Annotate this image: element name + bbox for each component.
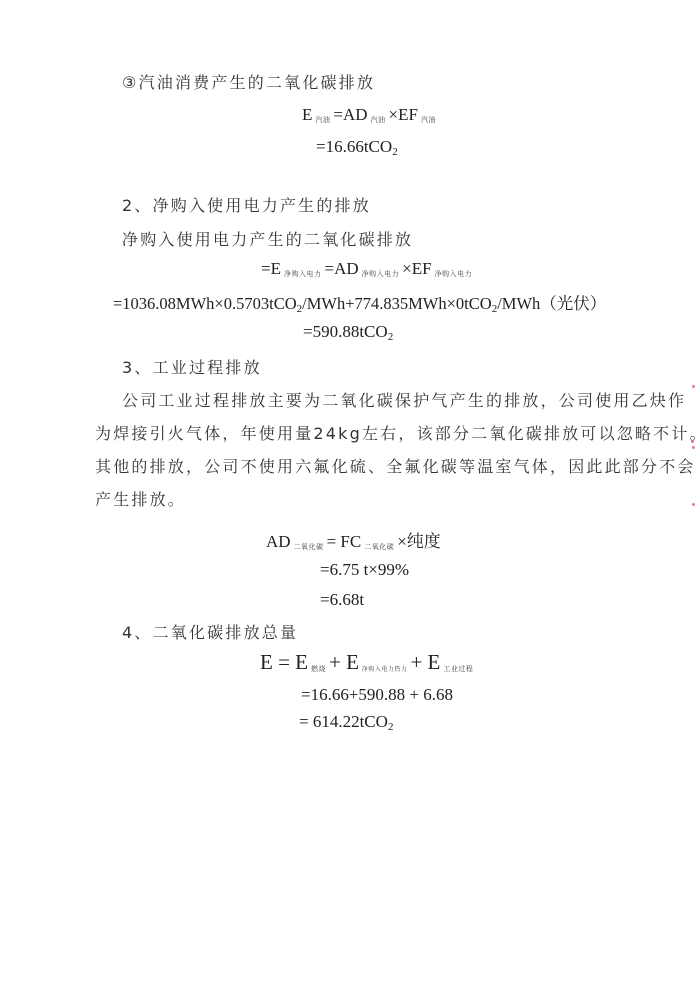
symbol-ad: =AD: [333, 105, 367, 124]
symbol-e: E: [302, 105, 312, 124]
result-gasoline: =16.66tCO2: [316, 137, 398, 158]
subscript: 汽油: [315, 116, 330, 124]
paragraph-line: 为焊接引火气体，年使用量24kg左右，该部分二氧化碳排放可以忽略不计。: [95, 421, 700, 444]
seal-mark: [692, 503, 695, 506]
subscript: 汽油: [371, 116, 386, 124]
paragraph-line: 其他的排放，公司不使用六氟化硫、全氟化碳等温室气体，因此此部分不会: [95, 454, 696, 477]
symbol-plus-e: + E: [329, 650, 359, 674]
subscript: 净购入电力热力: [362, 666, 408, 673]
seal-mark: [692, 385, 695, 388]
formula-industrial: AD二氧化碳= FC二氧化碳×纯度: [266, 527, 441, 552]
symbol-ef: ×EF: [389, 105, 418, 124]
subscript: 工业过程: [443, 665, 473, 673]
subscript: 净购入电力: [435, 270, 473, 278]
heading-total: 4、二氧化碳排放总量: [122, 620, 298, 643]
subscript: 二氧化碳: [294, 543, 324, 551]
symbol-purity: ×纯度: [397, 532, 441, 551]
symbol-plus-e: + E: [410, 650, 440, 674]
symbol-e: =E: [261, 259, 281, 278]
formula-electricity: =E净购入电力=AD净购入电力×EF净购入电力: [261, 259, 475, 279]
result-value: =16.66tCO: [316, 137, 392, 156]
subscript: 汽油: [421, 116, 436, 124]
result-industrial: =6.68t: [320, 590, 364, 610]
subscript: 净购入电力: [362, 270, 400, 278]
subscript: 二氧化碳: [364, 543, 394, 551]
calc-part: /MWh（光伏）: [497, 294, 606, 313]
heading-gasoline: ③汽油消费产生的二氧化碳排放: [122, 70, 375, 93]
result-electricity: =590.88tCO2: [303, 322, 393, 343]
result-value: = 614.22tCO: [299, 712, 388, 731]
calc-electricity: =1036.08MWh×0.5703tCO2/MWh+774.835MWh×0t…: [113, 290, 606, 315]
calc-part: /MWh+774.835MWh×0tCO: [302, 294, 492, 313]
result-total: = 614.22tCO2: [299, 712, 393, 733]
subscript: 燃烧: [311, 665, 326, 673]
subscript: 2: [388, 331, 394, 343]
symbol-ef: ×EF: [402, 259, 431, 278]
heading-industrial: 3、工业过程排放: [122, 355, 262, 378]
symbol-e: E = E: [260, 650, 308, 674]
calc-part: =1036.08MWh×0.5703tCO: [113, 294, 297, 313]
heading-electricity: 2、净购入使用电力产生的排放: [122, 193, 371, 216]
calc-total: =16.66+590.88 + 6.68: [301, 685, 453, 705]
subscript: 2: [392, 146, 398, 158]
formula-total: E = E燃烧+ E净购入电力热力+ E工业过程: [260, 650, 476, 675]
calc-industrial: =6.75 t×99%: [320, 560, 409, 580]
subscript: 2: [388, 721, 394, 733]
subheading-electricity: 净购入使用电力产生的二氧化碳排放: [122, 227, 413, 250]
paragraph-line: 产生排放。: [95, 487, 186, 510]
result-value: =590.88tCO: [303, 322, 388, 341]
paragraph-line: 公司工业过程排放主要为二氧化碳保护气产生的排放，公司使用乙炔作: [122, 388, 686, 411]
symbol-ad: =AD: [324, 259, 358, 278]
subscript: 净购入电力: [284, 270, 322, 278]
symbol-ad: AD: [266, 532, 291, 551]
formula-gasoline: E汽油=AD汽油×EF汽油: [302, 105, 439, 125]
symbol-fc: = FC: [327, 532, 362, 551]
seal-mark: [692, 446, 695, 449]
seal-mark: [691, 440, 694, 443]
